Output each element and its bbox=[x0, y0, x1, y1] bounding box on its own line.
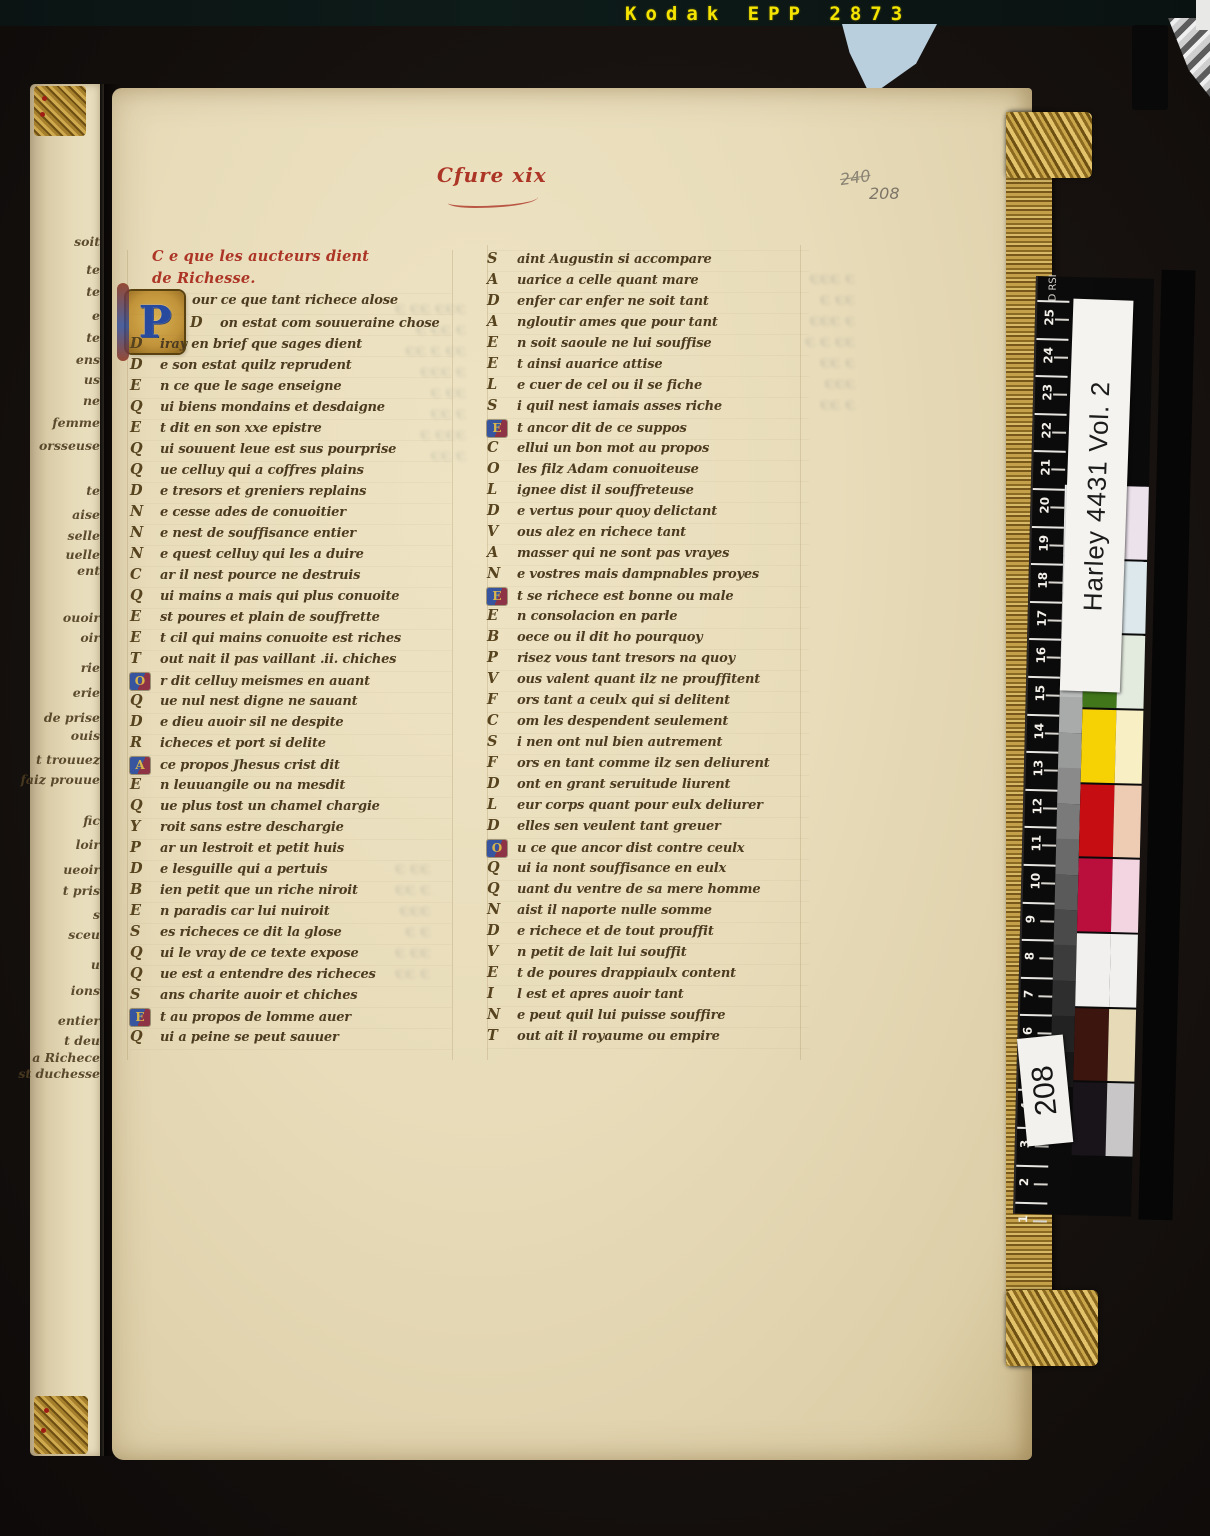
facing-page-text-fragment: selle bbox=[68, 528, 100, 543]
verse-line: Or dit celluy meismes en auant bbox=[130, 671, 452, 692]
verse-line: Et cil qui mains conuoite est riches bbox=[130, 629, 452, 650]
versal-letter: F bbox=[487, 754, 517, 771]
versal-letter: S bbox=[487, 250, 517, 267]
versal-letter: Q bbox=[487, 880, 517, 897]
versal-letter: Q bbox=[487, 859, 517, 876]
facing-page-text-fragment: te bbox=[86, 262, 100, 277]
versal-letter: F bbox=[487, 691, 517, 708]
verse-line: Quant du ventre de sa mere homme bbox=[487, 880, 809, 901]
manuscript-photo: Kodak EPP 2873 soitteteeteensusnefemmeor… bbox=[0, 0, 1210, 1536]
versal-letter: Q bbox=[130, 398, 160, 415]
gray-step bbox=[1056, 803, 1080, 839]
verse-text: e nest de souffisance entier bbox=[160, 526, 356, 541]
versal-letter: Q bbox=[130, 944, 160, 961]
verse-text: ue nul nest digne ne sauant bbox=[160, 694, 357, 709]
verse-line: Que est a entendre des richeces bbox=[130, 965, 452, 986]
verse-line: Oles filz Adam conuoiteuse bbox=[487, 460, 809, 481]
verse-text: risez vous tant tresors na quoy bbox=[517, 651, 735, 666]
versal-letter: S bbox=[487, 733, 517, 750]
film-strip-edge bbox=[0, 0, 1210, 26]
verse-line: Qui ia nont souffisance en eulx bbox=[487, 859, 809, 880]
facing-page-text-fragment: rie bbox=[81, 660, 100, 675]
ruler-number: 20 bbox=[1038, 497, 1052, 514]
verse-line: Com les despendent seulement bbox=[487, 712, 809, 733]
facing-page-text-fragment: entier bbox=[58, 1013, 100, 1028]
gilt-corner-bottom-left bbox=[34, 1396, 88, 1454]
verse-line: En consolacion en parle bbox=[487, 607, 809, 628]
folio-number: 208 bbox=[869, 184, 900, 203]
verse-line: De richece et de tout prouffit bbox=[487, 922, 809, 943]
facing-page-text-fragment: orsseuse bbox=[39, 438, 100, 453]
champie-initial: E bbox=[487, 420, 507, 437]
verse-line: Le cuer de cel ou il se fiche bbox=[487, 376, 809, 397]
verse-line: Tout nait il pas vaillant .ii. chiches bbox=[130, 650, 452, 671]
verse-text: n paradis car lui nuiroit bbox=[160, 904, 330, 919]
versal-letter: I bbox=[487, 985, 517, 1002]
versal-letter: E bbox=[130, 902, 160, 919]
verse-text: e son estat quilz reprudent bbox=[160, 358, 352, 373]
ruler-cm-cell: 16 bbox=[1028, 638, 1063, 676]
ruler-number: 17 bbox=[1035, 609, 1049, 626]
facing-page-text-fragment: te bbox=[86, 483, 100, 498]
versal-letter: D bbox=[130, 335, 160, 352]
verse-line: Denfer car enfer ne soit tant bbox=[487, 292, 809, 313]
verse-text: ui souuent leue est sus pourprise bbox=[160, 442, 396, 457]
verse-line: En soit saoule ne lui souffise bbox=[487, 334, 809, 355]
facing-page-text-fragment: erie bbox=[73, 685, 100, 700]
verse-text: e cuer de cel ou il se fiche bbox=[517, 378, 702, 393]
verse-text: e tresors et greniers replains bbox=[160, 484, 366, 499]
verse-line: De tresors et greniers replains bbox=[130, 482, 452, 503]
verse-text: ui mains a mais qui plus conuoite bbox=[160, 589, 399, 604]
ruler-number: 13 bbox=[1031, 760, 1045, 777]
versal-letter: L bbox=[487, 796, 517, 813]
ruler-cm-cell: 19 bbox=[1031, 526, 1066, 564]
gray-step bbox=[1059, 697, 1083, 733]
versal-letter: D bbox=[487, 817, 517, 834]
verse-line: De dieu auoir sil ne despite bbox=[130, 713, 452, 734]
verse-text: ans charite auoir et chiches bbox=[160, 988, 357, 1003]
versal-letter: D bbox=[130, 356, 160, 373]
verse-text: t cil qui mains conuoite est riches bbox=[160, 631, 401, 646]
colour-patch-row bbox=[1081, 709, 1144, 783]
versal-letter: S bbox=[130, 923, 160, 940]
gray-step bbox=[1057, 768, 1081, 804]
ruler-number: 11 bbox=[1029, 835, 1043, 852]
verse-text: ous valent quant ilz ne prouffitent bbox=[517, 672, 760, 687]
verse-text: iray en brief que sages dient bbox=[160, 337, 362, 352]
versal-letter: D bbox=[487, 502, 517, 519]
gilt-corner-bottom-right bbox=[1006, 1290, 1098, 1366]
verse-line: Bien petit que un riche niroit bbox=[130, 881, 452, 902]
ruler-number: 1 bbox=[1016, 1215, 1030, 1224]
colour-patch-tint bbox=[1113, 785, 1142, 858]
facing-page-text-fragment: fic bbox=[83, 813, 100, 828]
verse-line: Amasser qui ne sont pas vrayes bbox=[487, 544, 809, 565]
colour-patch-tint bbox=[1106, 1083, 1135, 1156]
versal-letter: P bbox=[487, 649, 517, 666]
versal-letter: A bbox=[487, 544, 517, 561]
versal-letter: D bbox=[487, 922, 517, 939]
ruler-cm-cell: 14 bbox=[1026, 713, 1061, 751]
verse-line: Et ainsi auarice attise bbox=[487, 355, 809, 376]
ruler-number: 12 bbox=[1030, 797, 1044, 814]
facing-page-text-fragment: t deu bbox=[64, 1033, 100, 1048]
verse-text: t se richece est bonne ou male bbox=[517, 589, 733, 604]
verse-line: Saint Augustin si accompare bbox=[487, 250, 809, 271]
verse-text: enfer car enfer ne soit tant bbox=[517, 294, 709, 309]
verse-text: t au propos de lomme auer bbox=[160, 1010, 351, 1025]
verse-text: e vostres mais dampnables proyes bbox=[517, 567, 759, 582]
facing-page-text-fragment: loir bbox=[76, 837, 100, 852]
verse-line: our ce que tant richece alose bbox=[130, 293, 452, 314]
versal-letter: E bbox=[130, 377, 160, 394]
versal-letter: L bbox=[487, 376, 517, 393]
facing-page-text-fragment: femme bbox=[52, 415, 100, 430]
rubric-line-1: C e que les aucteurs dient bbox=[152, 248, 369, 265]
verse-line: Que celluy qui a coffres plains bbox=[130, 461, 452, 482]
verse-line: Ne peut quil lui puisse souffire bbox=[487, 1006, 809, 1027]
verse-text: n leuuangile ou na mesdit bbox=[160, 778, 345, 793]
verse-text: ui ia nont souffisance en eulx bbox=[517, 861, 726, 876]
ruler-top-label: D RSI bbox=[1047, 274, 1059, 301]
verse-line: Il est et apres auoir tant bbox=[487, 985, 809, 1006]
ruler-cm-cell: 22 bbox=[1034, 413, 1069, 451]
verse-line: En leuuangile ou na mesdit bbox=[130, 776, 452, 797]
verse-line: Qui a peine se peut sauuer bbox=[130, 1028, 452, 1049]
versal-letter: E bbox=[487, 334, 517, 351]
facing-page-text-fragment: uelle bbox=[66, 547, 101, 562]
colour-patch-main bbox=[1075, 933, 1111, 1006]
ruler-number: 14 bbox=[1032, 722, 1046, 739]
verse-line: Qui biens mondains et desdaigne bbox=[130, 398, 452, 419]
facing-page-text-fragment: e bbox=[92, 308, 100, 323]
verse-text: e vertus pour quoy delictant bbox=[517, 504, 717, 519]
verse-text: e dieu auoir sil ne despite bbox=[160, 715, 344, 730]
verse-line: Vous alez en richece tant bbox=[487, 523, 809, 544]
verse-line: Naist il naporte nulle somme bbox=[487, 901, 809, 922]
versal-letter: L bbox=[487, 481, 517, 498]
verse-text: l est et apres auoir tant bbox=[517, 987, 684, 1002]
versal-letter: E bbox=[130, 776, 160, 793]
gilt-corner-top-left bbox=[34, 86, 86, 136]
verse-line: Est poures et plain de souffrette bbox=[130, 608, 452, 629]
verse-line: Ne cesse ades de conuoitier bbox=[130, 503, 452, 524]
versal-letter: D bbox=[487, 292, 517, 309]
verse-text: uant du ventre de sa mere homme bbox=[517, 882, 760, 897]
verse-text: t dit en son xxe epistre bbox=[160, 421, 322, 436]
verse-line: Et se richece est bonne ou male bbox=[487, 586, 809, 607]
verse-line: Ne nest de souffisance entier bbox=[130, 524, 452, 545]
colour-patch-main bbox=[1072, 1082, 1108, 1155]
verse-text: t de poures drappiaulx content bbox=[517, 966, 736, 981]
verse-text: n soit saoule ne lui souffise bbox=[517, 336, 712, 351]
gray-step bbox=[1052, 980, 1076, 1016]
text-column-right: Saint Augustin si accompareAuarice a cel… bbox=[487, 250, 809, 1052]
facing-page-text-fragment: us bbox=[84, 372, 100, 387]
ruler-number: 24 bbox=[1041, 346, 1055, 363]
verse-line: Don estat com souueraine chose bbox=[130, 314, 452, 335]
verse-text: ellui un bon mot au propos bbox=[517, 441, 709, 456]
verse-text: es richeces ce dit la glose bbox=[160, 925, 342, 940]
facing-page-text-fragment: oir bbox=[80, 630, 100, 645]
colour-patch-row bbox=[1075, 933, 1138, 1007]
verse-line: Que nul nest digne ne sauant bbox=[130, 692, 452, 713]
versal-letter: D bbox=[487, 775, 517, 792]
champie-initial: O bbox=[130, 673, 150, 690]
versal-letter: V bbox=[487, 943, 517, 960]
facing-page-text-fragment: ouis bbox=[71, 728, 100, 743]
verse-line: Fors tant a ceulx qui si delitent bbox=[487, 691, 809, 712]
verse-text: ien petit que un riche niroit bbox=[160, 883, 358, 898]
verse-text: n petit de lait lui souffit bbox=[517, 945, 687, 960]
verse-text: masser qui ne sont pas vrayes bbox=[517, 546, 729, 561]
versal-letter: E bbox=[487, 355, 517, 372]
ruler-cm-cell: 17 bbox=[1029, 601, 1064, 639]
ruler-number: 2 bbox=[1017, 1177, 1031, 1186]
versal-letter: A bbox=[487, 271, 517, 288]
verse-line: En paradis car lui nuiroit bbox=[130, 902, 452, 923]
verse-line: Boece ou il dit ho pourquoy bbox=[487, 628, 809, 649]
calibration-assembly: D RSI 2524232221201918171615141312111098… bbox=[1013, 276, 1154, 1217]
verse-text: on estat com souueraine chose bbox=[220, 316, 440, 331]
ruler-cm-cell: 20 bbox=[1032, 488, 1067, 526]
champie-initial: E bbox=[130, 1009, 150, 1026]
verse-text: icheces et port si delite bbox=[160, 736, 326, 751]
text-column-left: our ce que tant richece aloseDon estat c… bbox=[130, 293, 452, 1053]
verse-line: Car il nest pource ne destruis bbox=[130, 566, 452, 587]
verse-text: e cesse ades de conuoitier bbox=[160, 505, 346, 520]
ruler-cm-cell: 10 bbox=[1023, 864, 1058, 902]
verse-line: Par un lestroit et petit huis bbox=[130, 839, 452, 860]
versal-letter: A bbox=[487, 313, 517, 330]
colour-patch-main bbox=[1079, 784, 1115, 857]
verse-line: Ne quest celluy qui les a duire bbox=[130, 545, 452, 566]
verse-line: Et de poures drappiaulx content bbox=[487, 964, 809, 985]
versal-letter: E bbox=[130, 608, 160, 625]
facing-page-text-fragment: u bbox=[91, 957, 100, 972]
verse-text: ous alez en richece tant bbox=[517, 525, 686, 540]
versal-letter: N bbox=[130, 503, 160, 520]
facing-page-text-fragment: sceu bbox=[68, 927, 100, 942]
versal-letter: N bbox=[130, 524, 160, 541]
versal-letter: Q bbox=[130, 587, 160, 604]
verse-line: Qui mains a mais qui plus conuoite bbox=[130, 587, 452, 608]
colour-patch-main bbox=[1081, 709, 1117, 782]
verse-text: e quest celluy qui les a duire bbox=[160, 547, 364, 562]
verse-text: ar un lestroit et petit huis bbox=[160, 841, 344, 856]
corner-sliver bbox=[1196, 0, 1210, 30]
ruler-number: 19 bbox=[1037, 534, 1051, 551]
colour-patch-row bbox=[1077, 859, 1140, 933]
verse-text: ue celluy qui a coffres plains bbox=[160, 463, 364, 478]
colour-patch-tint bbox=[1115, 710, 1144, 783]
verse-text: ignee dist il souffreteuse bbox=[517, 483, 694, 498]
ruler-number: 22 bbox=[1039, 422, 1053, 439]
facing-page-text-fragment: s bbox=[93, 907, 100, 922]
verse-line: Si quil nest iamais asses riche bbox=[487, 397, 809, 418]
facing-page-text-fragment: soit bbox=[74, 234, 100, 249]
gray-step bbox=[1054, 910, 1078, 946]
ruler-number: 16 bbox=[1034, 647, 1048, 664]
verse-text: ue est a entendre des richeces bbox=[160, 967, 376, 982]
verse-text: u ce que ancor dist contre ceulx bbox=[517, 841, 744, 856]
verse-line: Ace propos Jhesus crist dit bbox=[130, 755, 452, 776]
versal-letter: D bbox=[130, 860, 160, 877]
versal-letter: C bbox=[487, 712, 517, 729]
verse-text: t ainsi auarice attise bbox=[517, 357, 663, 372]
verse-text: ors tant a ceulx qui si delitent bbox=[517, 693, 730, 708]
verse-text: n ce que le sage enseigne bbox=[160, 379, 341, 394]
ruler-number: 15 bbox=[1033, 685, 1047, 702]
verse-text: e peut quil lui puisse souffire bbox=[517, 1008, 725, 1023]
facing-page-text-fragment: ens bbox=[76, 352, 100, 367]
ruler-cm-cell: 23 bbox=[1035, 375, 1070, 413]
verse-line: Que plus tost un chamel chargie bbox=[130, 797, 452, 818]
ruler-number: 21 bbox=[1038, 459, 1052, 476]
verse-text: ors en tant comme ilz sen deliurent bbox=[517, 756, 770, 771]
champie-initial: E bbox=[487, 588, 507, 605]
facing-page-text-fragment: ueoir bbox=[63, 862, 100, 877]
facing-page-text-fragment: ions bbox=[71, 983, 100, 998]
gray-step bbox=[1055, 839, 1079, 875]
ruler-cm-cell: 15 bbox=[1027, 676, 1062, 714]
champie-initial: O bbox=[487, 840, 507, 857]
verse-line: Si nen ont nul bien autrement bbox=[487, 733, 809, 754]
colour-patch-row bbox=[1073, 1008, 1136, 1082]
verse-text: ngloutir ames que pour tant bbox=[517, 315, 718, 330]
facing-page-text-fragment: t pris bbox=[63, 883, 100, 898]
verse-text: our ce que tant richece alose bbox=[192, 293, 398, 308]
versal-letter: D bbox=[130, 713, 160, 730]
versal-letter: Q bbox=[130, 797, 160, 814]
verse-text: ui a peine se peut sauuer bbox=[160, 1030, 339, 1045]
verse-line: Prisez vous tant tresors na quoy bbox=[487, 649, 809, 670]
verse-line: De son estat quilz reprudent bbox=[130, 356, 452, 377]
verse-line: Ou ce que ancor dist contre ceulx bbox=[487, 838, 809, 859]
versal-letter: V bbox=[487, 523, 517, 540]
verse-line: Ne vostres mais dampnables proyes bbox=[487, 565, 809, 586]
verse-line: De lesguille qui a pertuis bbox=[130, 860, 452, 881]
verse-text: n consolacion en parle bbox=[517, 609, 677, 624]
verse-line: Et dit en son xxe epistre bbox=[130, 419, 452, 440]
versal-letter: O bbox=[487, 460, 517, 477]
facing-page-text-fragment: ne bbox=[83, 393, 100, 408]
versal-letter: N bbox=[487, 901, 517, 918]
colour-patch-row bbox=[1072, 1082, 1135, 1156]
versal-letter: Q bbox=[130, 461, 160, 478]
ruler-cm-cell: 7 bbox=[1020, 977, 1055, 1015]
versal-letter: Q bbox=[130, 965, 160, 982]
versal-letter: S bbox=[487, 397, 517, 414]
verse-text: ui biens mondains et desdaigne bbox=[160, 400, 385, 415]
verse-text: t ancor dit de ce suppos bbox=[517, 421, 687, 436]
versal-letter: D bbox=[130, 482, 160, 499]
facing-page-text-fragment: ent bbox=[77, 563, 100, 578]
colour-patch-tint bbox=[1109, 934, 1138, 1007]
facing-page-text-fragment: a Richece bbox=[32, 1050, 100, 1065]
versal-letter: E bbox=[487, 964, 517, 981]
ruler-cm-cell: 11 bbox=[1024, 826, 1059, 864]
running-title: Cfure xix bbox=[437, 163, 547, 187]
kodak-film-label: Kodak EPP 2873 bbox=[625, 3, 911, 25]
verse-line: Cellui un bon mot au propos bbox=[487, 439, 809, 460]
facing-page-text-fragment: ouoir bbox=[63, 610, 100, 625]
gray-step bbox=[1058, 733, 1082, 769]
clamp-bar bbox=[1132, 25, 1168, 110]
versal-letter: E bbox=[130, 629, 160, 646]
verse-text: oece ou il dit ho pourquoy bbox=[517, 630, 703, 645]
verse-text: i nen ont nul bien autrement bbox=[517, 735, 722, 750]
ruler-cm-cell: 1 bbox=[1014, 1202, 1049, 1240]
versal-letter: S bbox=[130, 986, 160, 1003]
verse-line: Angloutir ames que pour tant bbox=[487, 313, 809, 334]
verse-line: Fors en tant comme ilz sen deliurent bbox=[487, 754, 809, 775]
verse-text: eur corps quant pour eulx deliurer bbox=[517, 798, 763, 813]
colour-patch-tint bbox=[1107, 1009, 1136, 1082]
verse-text: les filz Adam conuoiteuse bbox=[517, 462, 699, 477]
verse-text: ui le vray de ce texte expose bbox=[160, 946, 359, 961]
ruler-number: 6 bbox=[1021, 1027, 1035, 1036]
verse-line: Vous valent quant ilz ne prouffitent bbox=[487, 670, 809, 691]
ruler-number: 10 bbox=[1028, 873, 1042, 890]
verse-line: Qui le vray de ce texte expose bbox=[130, 944, 452, 965]
ruler-cm-cell: 8 bbox=[1021, 939, 1056, 977]
verse-text: out nait il pas vaillant .ii. chiches bbox=[160, 652, 396, 667]
verse-text: aist il naporte nulle somme bbox=[517, 903, 712, 918]
verse-text: ce propos Jhesus crist dit bbox=[160, 758, 340, 773]
verse-line: Ses richeces ce dit la glose bbox=[130, 923, 452, 944]
verse-text: ue plus tost un chamel chargie bbox=[160, 799, 380, 814]
versal-letter: Q bbox=[130, 440, 160, 457]
ruler-number: 18 bbox=[1036, 572, 1050, 589]
verse-text: r dit celluy meismes en auant bbox=[160, 674, 370, 689]
ruler-number: 23 bbox=[1040, 384, 1054, 401]
verse-line: Qui souuent leue est sus pourprise bbox=[130, 440, 452, 461]
verse-line: Vn petit de lait lui souffit bbox=[487, 943, 809, 964]
verse-line: Delles sen veulent tant greuer bbox=[487, 817, 809, 838]
verse-line: Dont en grant seruitude liurent bbox=[487, 775, 809, 796]
verse-line: Yroit sans estre deschargie bbox=[130, 818, 452, 839]
verse-line: Tout ait il royaume ou empire bbox=[487, 1027, 809, 1048]
versal-letter: N bbox=[130, 545, 160, 562]
versal-letter: N bbox=[487, 1006, 517, 1023]
versal-letter: C bbox=[130, 566, 160, 583]
verse-text: ont en grant seruitude liurent bbox=[517, 777, 730, 792]
ruler-cm-cell: 25 bbox=[1036, 300, 1071, 338]
ruler-number: 8 bbox=[1022, 952, 1036, 961]
versal-letter: Q bbox=[130, 1028, 160, 1045]
gray-step bbox=[1055, 874, 1079, 910]
colour-patch-main bbox=[1077, 859, 1113, 932]
verse-text: om les despendent seulement bbox=[517, 714, 728, 729]
colour-patch-tint bbox=[1111, 859, 1140, 932]
gilt-corner-top-right bbox=[1006, 112, 1092, 178]
facing-page-text-fragment: de prise bbox=[44, 710, 100, 725]
ruler-number: 9 bbox=[1023, 914, 1037, 923]
ruler-cm-cell: 9 bbox=[1022, 901, 1057, 939]
verse-line: Leur corps quant pour eulx deliurer bbox=[487, 796, 809, 817]
versal-letter: B bbox=[130, 881, 160, 898]
ruler-cm-cell: 12 bbox=[1025, 789, 1060, 827]
facing-page-text-fragment: aise bbox=[72, 507, 100, 522]
ruler-cm-cell: 2 bbox=[1015, 1164, 1050, 1202]
verse-line: Et au propos de lomme auer bbox=[130, 1007, 452, 1028]
verse-text: elles sen veulent tant greuer bbox=[517, 819, 721, 834]
cyan-wedge bbox=[842, 24, 937, 96]
ruler-cm-cell: 18 bbox=[1030, 563, 1065, 601]
verse-text: out ait il royaume ou empire bbox=[517, 1029, 720, 1044]
